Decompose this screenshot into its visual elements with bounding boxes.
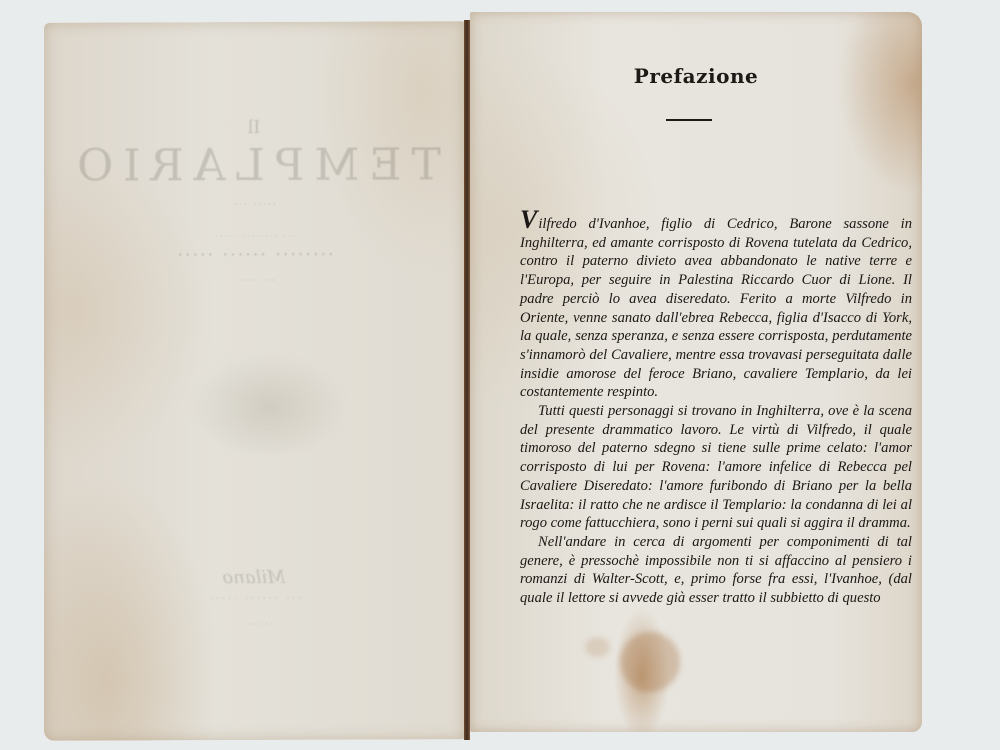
show-through-line: ········ ······ ····· [44,247,464,263]
paragraph-2: Tutti questi personaggi si trovano in In… [520,402,912,533]
foxing-stain [620,632,680,692]
left-page-verso: Il TEMPLARIO ····· ··· ··· ········ ····… [44,21,464,740]
show-through-line: ····· ··· [44,199,464,210]
show-through-imprint-publisher: ··· ······ ····· [44,593,464,604]
drop-cap: V [520,205,537,234]
page-heading: Prefazione [470,64,922,88]
show-through-imprint-city: Milano [44,566,464,588]
show-through-line: ··· ········ ····· [44,231,464,241]
foxing-stain [585,637,610,657]
show-through-line: Il [44,116,464,138]
right-page-recto: Prefazione Vilfredo d'Ivanhoe, figlio di… [470,12,922,732]
paragraph-1: Vilfredo d'Ivanhoe, figlio di Cedrico, B… [520,212,912,402]
ornamental-rule [666,119,712,121]
paragraph-1-text: ilfredo d'Ivanhoe, figlio di Cedrico, Ba… [520,216,912,400]
body-text: Vilfredo d'Ivanhoe, figlio di Cedrico, B… [520,212,912,608]
show-through-line: ··· ····· [44,275,464,285]
show-through-imprint-year: ······· [44,619,464,629]
show-through-title: TEMPLARIO [44,139,464,191]
show-through-engraving [189,352,349,453]
book-spread: Il TEMPLARIO ····· ··· ··· ········ ····… [0,0,1000,750]
paragraph-3: Nell'andare in cerca di argomenti per co… [520,533,912,608]
